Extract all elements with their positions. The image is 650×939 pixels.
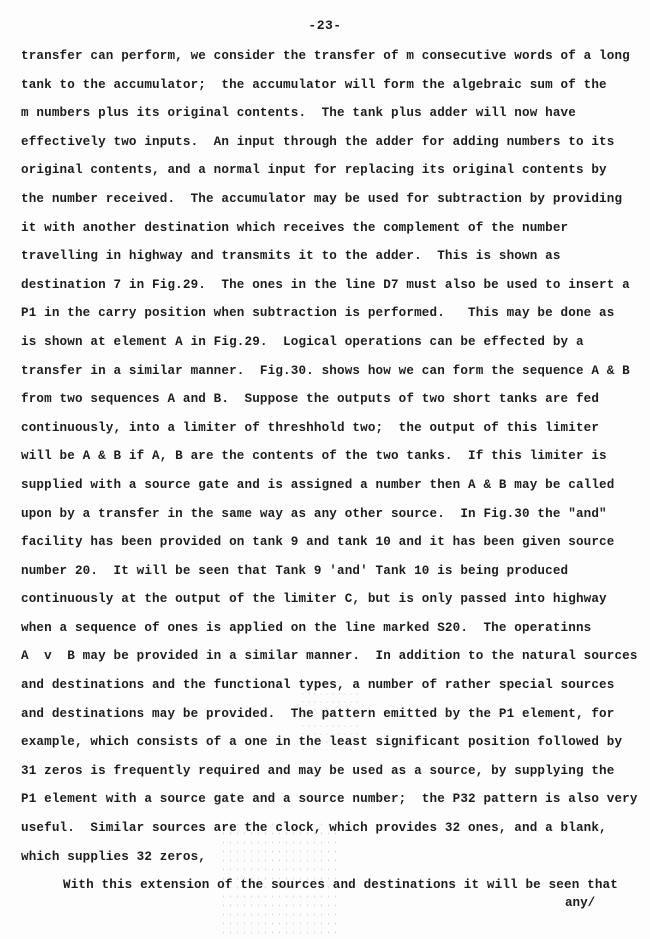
text-line: continuously, into a limiter of threshho… [21, 414, 621, 443]
text-line: continuously at the output of the limite… [21, 585, 621, 614]
text-line: which supplies 32 zeros, [21, 843, 621, 872]
text-line: upon by a transfer in the same way as an… [21, 500, 621, 529]
text-line: supplied with a source gate and is assig… [21, 471, 621, 500]
text-line: is shown at element A in Fig.29. Logical… [21, 328, 621, 357]
text-line: A v B may be provided in a similar manne… [21, 642, 621, 671]
text-line: transfer can perform, we consider the tr… [21, 42, 621, 71]
text-line: facility has been provided on tank 9 and… [21, 528, 621, 557]
body-text: transfer can perform, we consider the tr… [21, 42, 621, 900]
text-line: useful. Similar sources are the clock, w… [21, 814, 621, 843]
paragraph-start-line: With this extension of the sources and d… [21, 871, 621, 900]
text-line: and destinations may be provided. The pa… [21, 700, 621, 729]
text-line: m numbers plus its original contents. Th… [21, 99, 621, 128]
catchword: any/ [565, 896, 595, 910]
text-line: destination 7 in Fig.29. The ones in the… [21, 271, 621, 300]
text-line: P1 in the carry position when subtractio… [21, 299, 621, 328]
text-line: tank to the accumulator; the accumulator… [21, 71, 621, 100]
text-line: will be A & B if A, B are the contents o… [21, 442, 621, 471]
text-line: and destinations and the functional type… [21, 671, 621, 700]
text-line: from two sequences A and B. Suppose the … [21, 385, 621, 414]
text-line: original contents, and a normal input fo… [21, 156, 621, 185]
text-line: effectively two inputs. An input through… [21, 128, 621, 157]
document-page: -23- transfer can perform, we consider t… [0, 0, 650, 939]
text-line: P1 element with a source gate and a sour… [21, 785, 621, 814]
page-number: -23- [0, 18, 650, 33]
text-line: travelling in highway and transmits it t… [21, 242, 621, 271]
text-line: transfer in a similar manner. Fig.30. sh… [21, 357, 621, 386]
text-line: when a sequence of ones is applied on th… [21, 614, 621, 643]
text-line: the number received. The accumulator may… [21, 185, 621, 214]
text-line: example, which consists of a one in the … [21, 728, 621, 757]
text-line: number 20. It will be seen that Tank 9 '… [21, 557, 621, 586]
text-line: 31 zeros is frequently required and may … [21, 757, 621, 786]
text-line: it with another destination which receiv… [21, 214, 621, 243]
